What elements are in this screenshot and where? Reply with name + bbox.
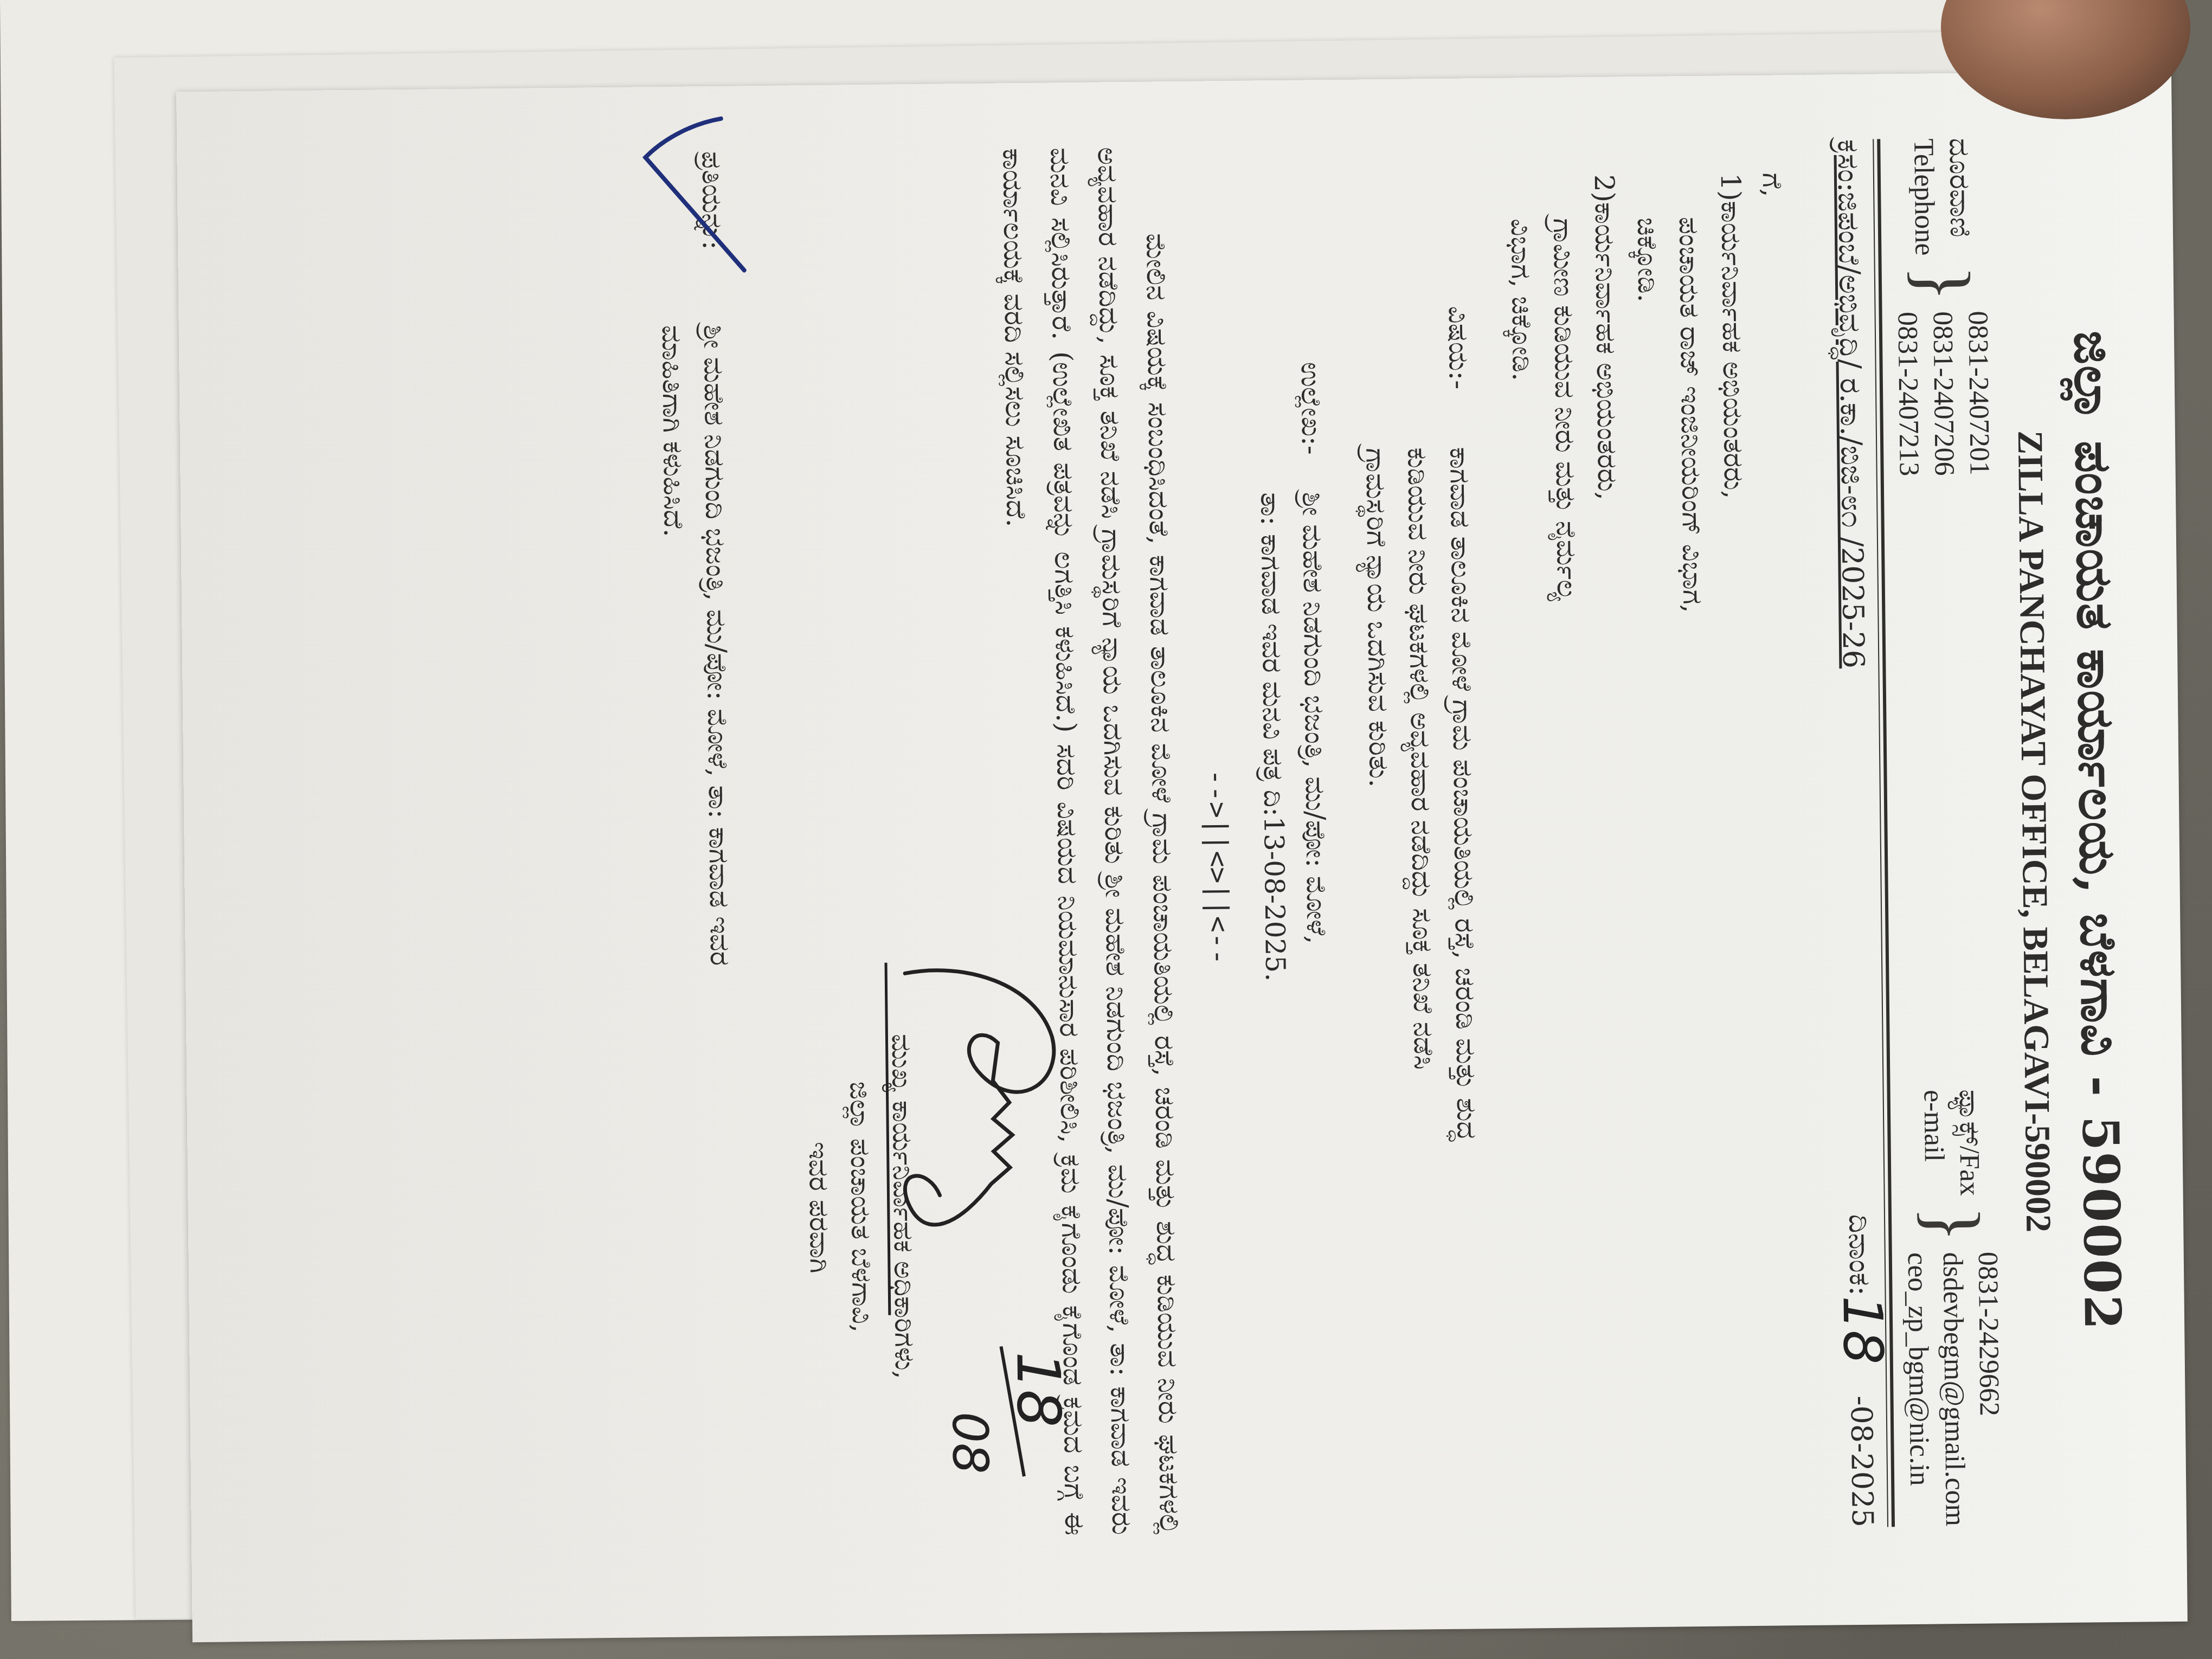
reference-line-2: ತಾ: ಕಾಗವಾಡ ಇವರ ಮನವಿ ಪತ್ರ ದಿ:13-08-2025. bbox=[1249, 492, 1296, 982]
subject: ವಿಷಯ:- ಕಾಗವಾಡ ತಾಲೂಕಿನ ಮೋಳೆ ಗ್ರಾಮ ಪಂಚಾಯತಿ… bbox=[1353, 306, 1491, 1532]
addressee-1: 1)ಕಾರ್ಯನಿರ್ವಾಹಕ ಅಭಿಯಂತರರು, ಪಂಚಾಯತ ರಾಜ್ ಇ… bbox=[1625, 173, 1765, 1529]
signature-block: 18 08 ಮುಖ್ಯ ಕಾರ್ಯನಿರ್ವಾಹಕ ಅಧಿಕಾರಿಗಳು, ಜಿ… bbox=[795, 962, 926, 1451]
subject-text: ಕಾಗವಾಡ ತಾಲೂಕಿನ ಮೋಳೆ ಗ್ರಾಮ ಪಂಚಾಯತಿಯಲ್ಲಿ ರ… bbox=[1354, 447, 1488, 1153]
brace-icon: } bbox=[1914, 1206, 1990, 1243]
contact-info: ದೂರವಾಣಿ Telephone } 0831-2407201 0831-24… bbox=[1888, 138, 2008, 1527]
fax-email-block: ಫ್ಯಾಕ್ಸ್/Fax e-mail } 0831-2429662 dsdev… bbox=[1898, 1089, 2008, 1527]
telephone-number: 0831-2407206 bbox=[1925, 311, 1962, 476]
brace-icon: } bbox=[1904, 265, 1980, 302]
letter-date: ದಿನಾಂಕ: 18 -08-2025 bbox=[1836, 1214, 1885, 1527]
email-label: e-mail bbox=[1915, 1090, 1952, 1197]
separator: -->||<>||<-- bbox=[1189, 200, 1245, 1534]
office-name-kannada: ಜಿಲ್ಲಾ ಪಂಚಾಯತ ಕಾರ್ಯಾಲಯ, ಬೆಳಗಾವಿ - 590002 bbox=[2052, 137, 2143, 1525]
date-handwritten-day: 18 bbox=[1821, 1295, 1905, 1365]
email-address: ceo_zp_bgm@nic.in bbox=[1900, 1252, 1938, 1527]
reference-line-1: ಶ್ರೀ ಮಹೇಶ ನಿಡಗುಂದಿ ಭಜಂತ್ರಿ, ಮು/ಪೋ: ಮೋಳೆ, bbox=[1291, 492, 1338, 981]
email-address: dsdevbegm@gmail.com bbox=[1935, 1252, 1973, 1526]
subject-label: ವಿಷಯ:- bbox=[1353, 306, 1480, 448]
letter-paper: ಜಿಲ್ಲಾ ಪಂಚಾಯತ ಕಾರ್ಯಾಲಯ, ಬೆಳಗಾವಿ - 590002… bbox=[176, 71, 2188, 1642]
copy-to-line-2: ಮಾಹಿತಿಗಾಗಿ ಕಳುಹಿಸಿದೆ. bbox=[650, 325, 699, 966]
telephone-label-kannada: ದೂರವಾಣಿ bbox=[1941, 138, 1977, 255]
svg-text:08: 08 bbox=[941, 1412, 999, 1475]
signature-icon bbox=[872, 939, 1104, 1321]
signatory-line-3: ಇವರ ಪರವಾಗಿ bbox=[795, 963, 842, 1452]
telephone-number: 0831-2407213 bbox=[1890, 312, 1927, 477]
fax-number: 0831-2429662 bbox=[1970, 1251, 2008, 1526]
reference-number: ಕ್ರಸಂ:ಜಿಪಂಬೆ/ಅಭಿವೃದ್ಧಿ/ ರ.ಕಾ./ಬಿಜಿ-೮೧ /2… bbox=[1825, 139, 1876, 669]
fax-label: ಫ್ಯಾಕ್ಸ್/Fax bbox=[1951, 1089, 1987, 1196]
telephone-block: ದೂರವಾಣಿ Telephone } 0831-2407201 0831-24… bbox=[1888, 138, 1997, 476]
addressee-2: 2)ಕಾರ್ಯನಿರ್ವಾಹಕ ಅಭಿಯಂತರರು, ಗ್ರಾಮೀಣ ಕುಡಿಯ… bbox=[1499, 174, 1639, 1531]
letter: ಜಿಲ್ಲಾ ಪಂಚಾಯತ ಕಾರ್ಯಾಲಯ, ಬೆಳಗಾವಿ - 590002… bbox=[263, 71, 2187, 1609]
reference-label: ಉಲ್ಲೇಖ:- bbox=[1248, 362, 1333, 493]
checkmark-icon bbox=[634, 107, 755, 282]
body-paragraph: ಮೇಲಿನ ವಿಷಯಕ್ಕೆ ಸಂಬಂಧಿಸಿದಂತೆ, ಕಾಗವಾಡ ತಾಲೂ… bbox=[988, 146, 1193, 1536]
date-printed-suffix: -08-2025 bbox=[1844, 1396, 1880, 1527]
copy-to: ಪ್ರತಿಯನ್ನು: ಶ್ರೀ ಮಹೇಶ ನಿಡಗುಂದಿ ಭಜಂತ್ರಿ, … bbox=[648, 151, 747, 1540]
handwritten-date-icon: 18 08 bbox=[925, 1329, 1089, 1494]
copy-to-line-1: ಶ್ರೀ ಮಹೇಶ ನಿಡಗುಂದಿ ಭಜಂತ್ರಿ, ಮು/ಪೋ: ಮೋಳೆ,… bbox=[692, 325, 741, 966]
telephone-label-english: Telephone bbox=[1906, 138, 1942, 255]
telephone-number: 0831-2407201 bbox=[1960, 311, 1997, 475]
date-label: ದಿನಾಂಕ: bbox=[1842, 1214, 1877, 1296]
reference: ಉಲ್ಲೇಖ:- ಶ್ರೀ ಮಹೇಶ ನಿಡಗುಂದಿ ಭಜಂತ್ರಿ, ಮು/… bbox=[1248, 362, 1344, 1534]
